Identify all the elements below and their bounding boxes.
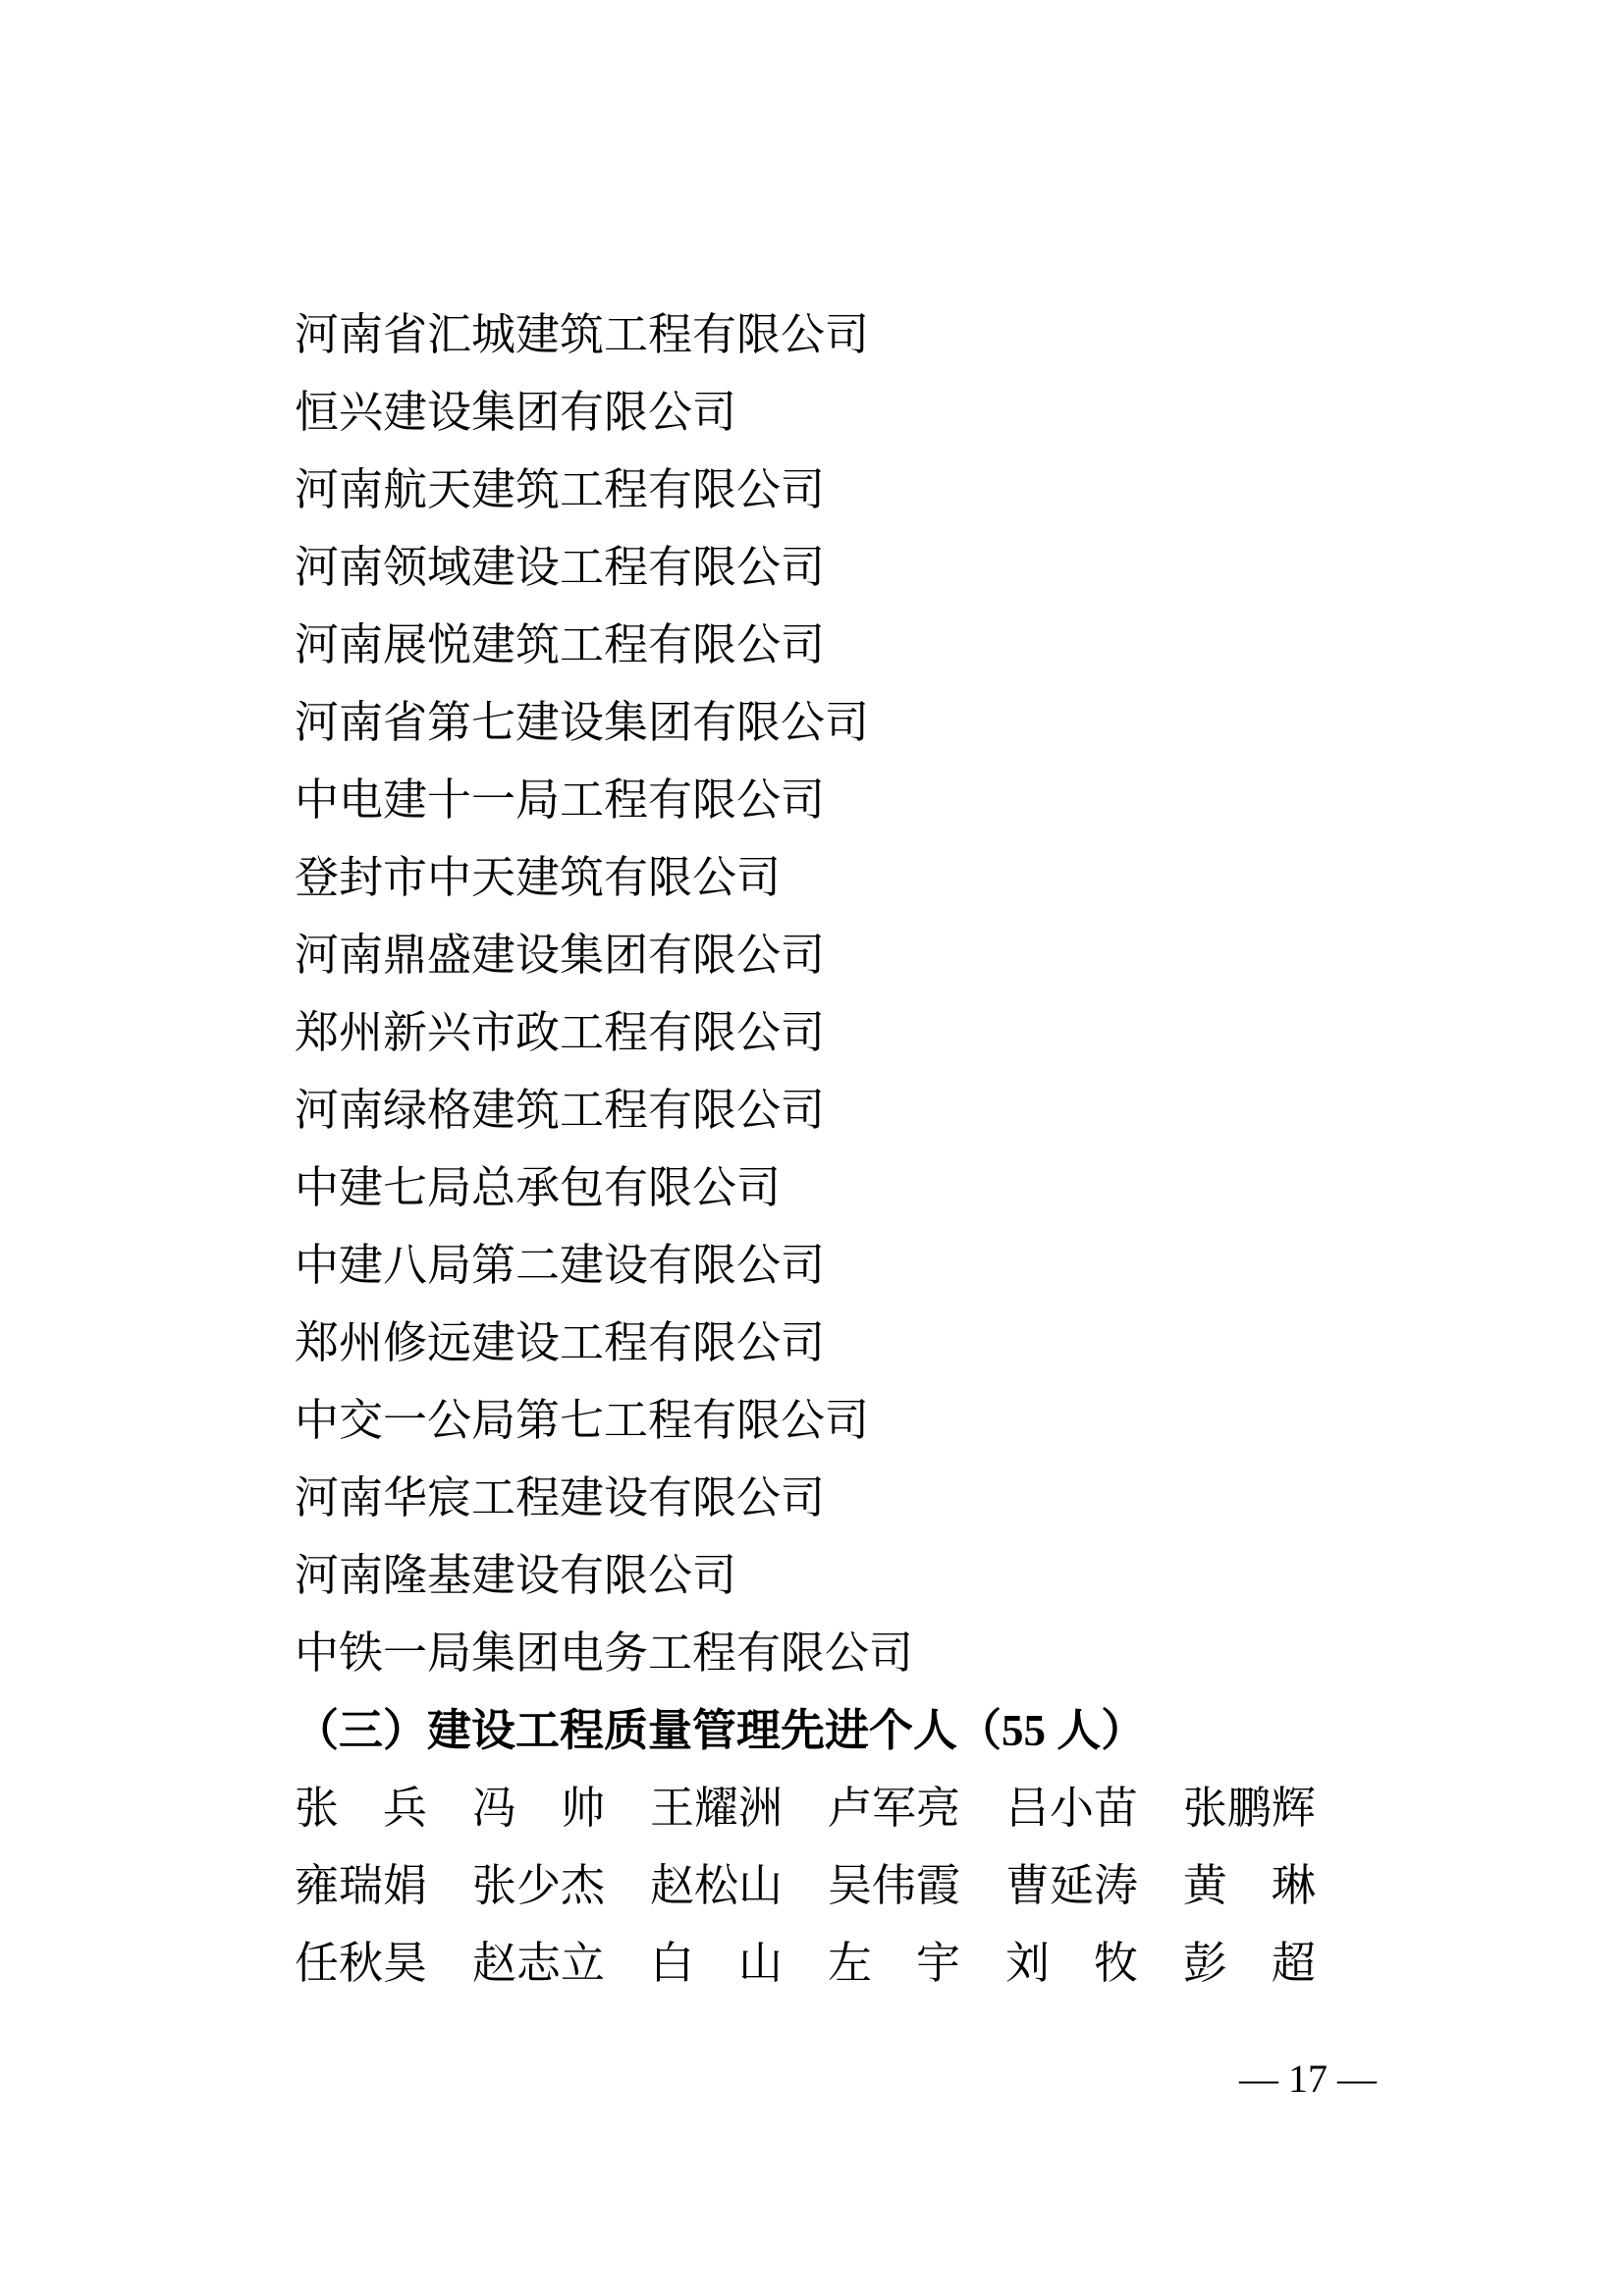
person-name: 刘 牧 xyxy=(1005,1925,1138,2002)
person-name: 左 宇 xyxy=(828,1925,960,2002)
company-name: 河南省汇城建筑工程有限公司 xyxy=(295,296,1316,374)
company-name: 中铁一局集团电务工程有限公司 xyxy=(295,1615,1316,1692)
company-name: 河南隆基建设有限公司 xyxy=(295,1537,1316,1615)
person-name: 黄 琳 xyxy=(1183,1847,1316,1925)
person-name: 曹延涛 xyxy=(1005,1847,1138,1925)
person-name: 赵松山 xyxy=(650,1847,783,1925)
person-names-row: 任秋昊 赵志立 白 山 左 宇 刘 牧 彭 超 xyxy=(295,1925,1316,2002)
person-name: 彭 超 xyxy=(1183,1925,1316,2002)
person-name: 张少杰 xyxy=(472,1847,605,1925)
company-name: 登封市中天建筑有限公司 xyxy=(295,839,1316,917)
company-name: 恒兴建设集团有限公司 xyxy=(295,374,1316,452)
person-names-row: 雍瑞娟 张少杰 赵松山 吴伟霞 曹延涛 黄 琳 xyxy=(295,1847,1316,1925)
company-name: 河南展悦建筑工程有限公司 xyxy=(295,607,1316,684)
section-heading: （三）建设工程质量管理先进个人（55 人） xyxy=(295,1692,1316,1770)
company-name: 河南华宸工程建设有限公司 xyxy=(295,1460,1316,1537)
person-name: 吴伟霞 xyxy=(828,1847,960,1925)
company-name: 郑州新兴市政工程有限公司 xyxy=(295,994,1316,1072)
person-name: 冯 帅 xyxy=(472,1770,605,1847)
company-name: 河南鼎盛建设集团有限公司 xyxy=(295,917,1316,994)
person-names-row: 张 兵 冯 帅 王耀洲 卢军亮 吕小苗 张鹏辉 xyxy=(295,1770,1316,1847)
company-name: 中建七局总承包有限公司 xyxy=(295,1149,1316,1227)
person-name: 白 山 xyxy=(650,1925,783,2002)
person-name: 卢军亮 xyxy=(828,1770,960,1847)
company-name: 河南领域建设工程有限公司 xyxy=(295,529,1316,607)
person-name: 张鹏辉 xyxy=(1183,1770,1316,1847)
company-name: 中交一公局第七工程有限公司 xyxy=(295,1382,1316,1460)
company-name: 中电建十一局工程有限公司 xyxy=(295,762,1316,839)
award-list-content: 河南省汇城建筑工程有限公司 恒兴建设集团有限公司 河南航天建筑工程有限公司 河南… xyxy=(295,296,1316,2002)
person-name: 王耀洲 xyxy=(650,1770,783,1847)
document-page: 河南省汇城建筑工程有限公司 恒兴建设集团有限公司 河南航天建筑工程有限公司 河南… xyxy=(0,0,1624,2296)
person-name: 任秋昊 xyxy=(295,1925,427,2002)
company-name: 郑州修远建设工程有限公司 xyxy=(295,1305,1316,1382)
person-name: 吕小苗 xyxy=(1005,1770,1138,1847)
person-name: 赵志立 xyxy=(472,1925,605,2002)
person-name: 张 兵 xyxy=(295,1770,427,1847)
company-name: 河南航天建筑工程有限公司 xyxy=(295,452,1316,529)
company-name: 河南省第七建设集团有限公司 xyxy=(295,684,1316,762)
person-name: 雍瑞娟 xyxy=(295,1847,427,1925)
company-name: 河南绿格建筑工程有限公司 xyxy=(295,1072,1316,1149)
company-name: 中建八局第二建设有限公司 xyxy=(295,1227,1316,1305)
page-number: — 17 — xyxy=(1239,2056,1377,2103)
